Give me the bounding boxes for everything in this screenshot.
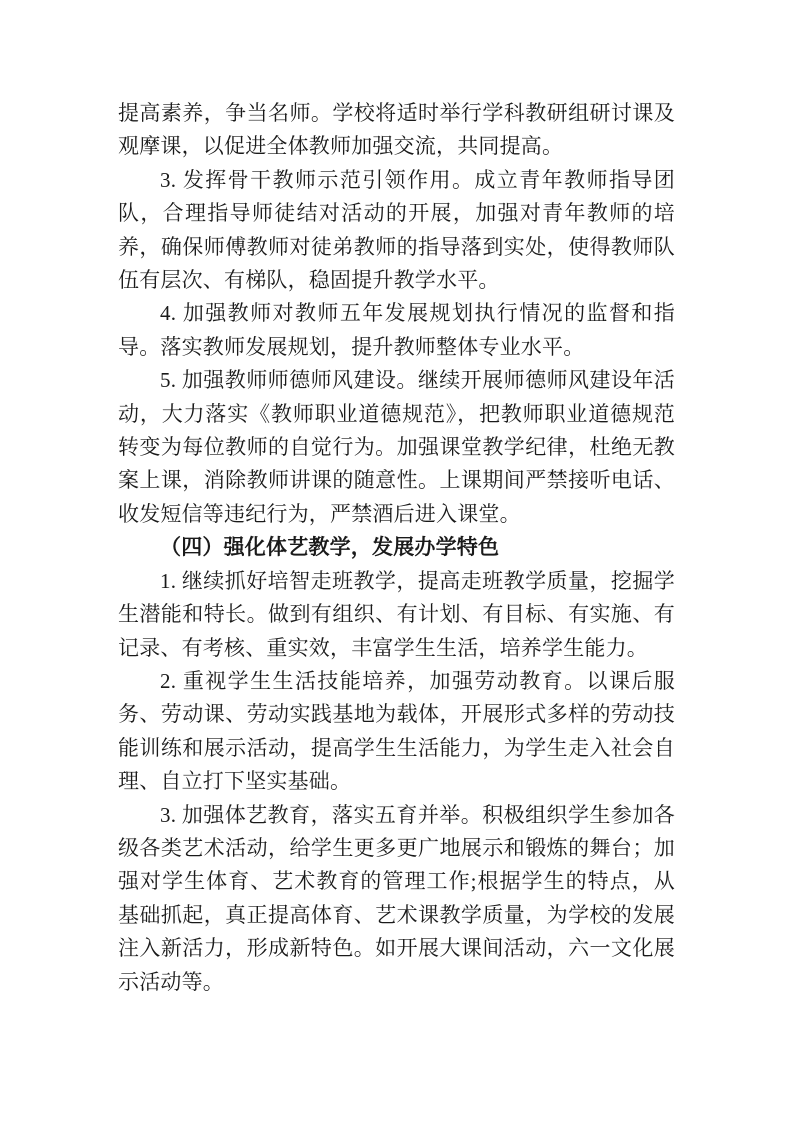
body-paragraph: 2. 重视学生生活技能培养，加强劳动教育。以课后服务、劳动课、劳动实践基地为载体… bbox=[118, 665, 675, 799]
document-page: 提高素养，争当名师。学校将适时举行学科教研组研讨课及观摩课，以促进全体教师加强交… bbox=[0, 0, 793, 1122]
body-paragraph: 1. 继续抓好培智走班教学，提高走班教学质量，挖掘学生潜能和特长。做到有组织、有… bbox=[118, 565, 675, 665]
body-paragraph: 提高素养，争当名师。学校将适时举行学科教研组研讨课及观摩课，以促进全体教师加强交… bbox=[118, 97, 675, 164]
body-paragraph: 4. 加强教师对教师五年发展规划执行情况的监督和指导。落实教师发展规划，提升教师… bbox=[118, 297, 675, 364]
section-heading: （四）强化体艺教学，发展办学特色 bbox=[118, 531, 675, 564]
body-paragraph: 5. 加强教师师德师风建设。继续开展师德师风建设年活动，大力落实《教师职业道德规… bbox=[118, 364, 675, 531]
body-paragraph: 3. 加强体艺教育，落实五育并举。积极组织学生参加各级各类艺术活动，给学生更多更… bbox=[118, 799, 675, 999]
body-paragraph: 3. 发挥骨干教师示范引领作用。成立青年教师指导团队，合理指导师徒结对活动的开展… bbox=[118, 164, 675, 298]
document-content: 提高素养，争当名师。学校将适时举行学科教研组研讨课及观摩课，以促进全体教师加强交… bbox=[118, 97, 675, 999]
